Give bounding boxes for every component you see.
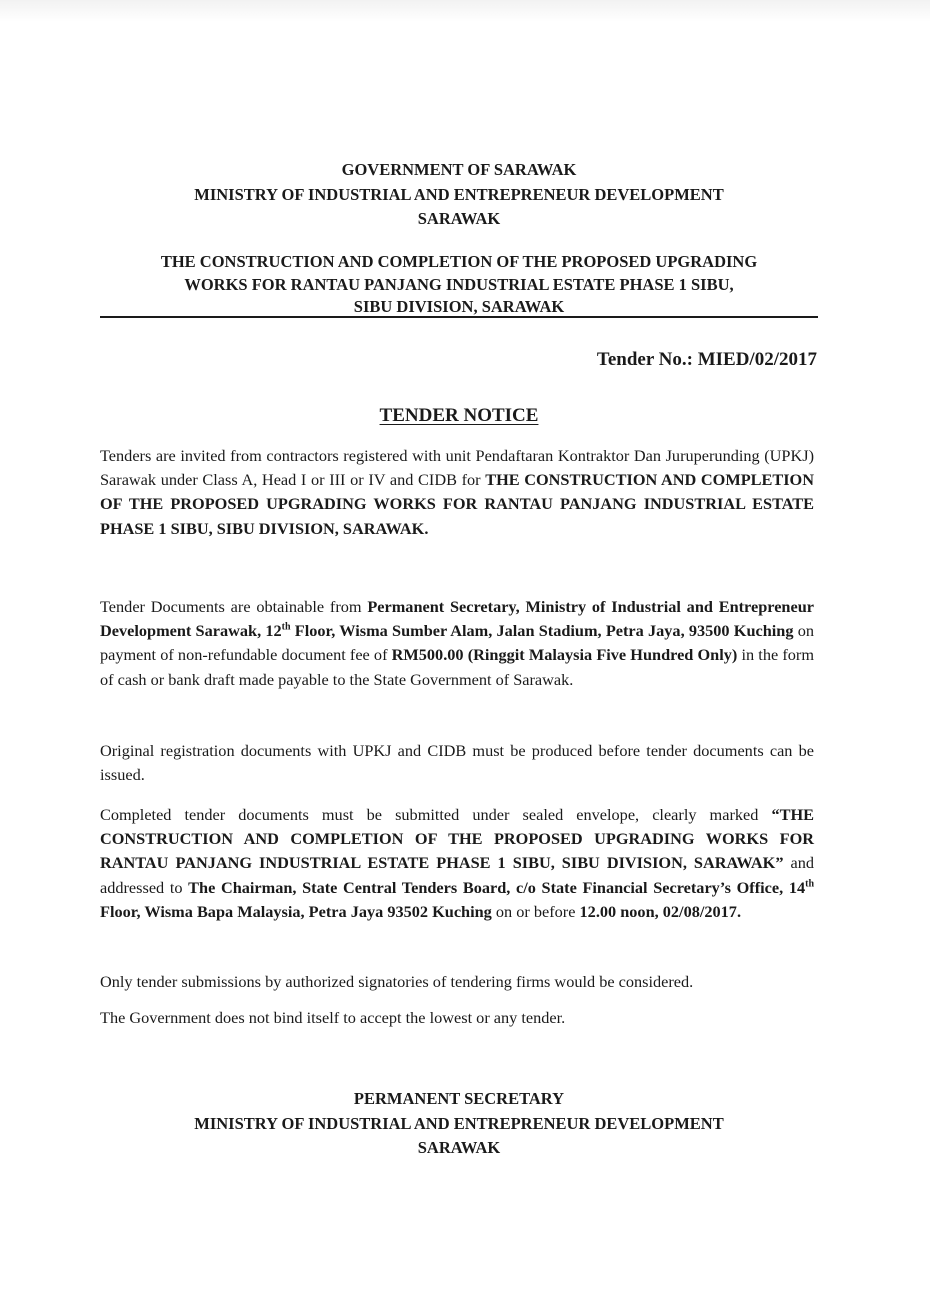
paragraph-submission: Completed tender documents must be submi… <box>100 803 814 924</box>
paragraph-text: Tender Documents are obtainable from <box>100 597 367 616</box>
paragraph-disclaimer: The Government does not bind itself to a… <box>100 1006 814 1030</box>
paragraph-signatories: Only tender submissions by authorized si… <box>100 970 814 994</box>
tender-number: Tender No.: MIED/02/2017 <box>597 349 817 371</box>
notice-heading: TENDER NOTICE <box>0 405 918 427</box>
superscript: th <box>282 622 291 633</box>
paragraph-bold: Floor, Wisma Bapa Malaysia, Petra Jaya 9… <box>100 902 492 921</box>
document-header: GOVERNMENT OF SARAWAK MINISTRY OF INDUST… <box>100 158 818 232</box>
paragraph-bold: The Chairman, State Central Tenders Boar… <box>188 878 805 897</box>
submission-deadline: 12.00 noon, 02/08/2017. <box>580 902 741 921</box>
project-title: THE CONSTRUCTION AND COMPLETION OF THE P… <box>100 251 818 319</box>
paragraph-text: on or before <box>492 902 580 921</box>
footer-ministry: MINISTRY OF INDUSTRIAL AND ENTREPRENEUR … <box>100 1112 818 1137</box>
project-title-line: THE CONSTRUCTION AND COMPLETION OF THE P… <box>100 251 818 274</box>
footer-title: PERMANENT SECRETARY <box>100 1087 818 1112</box>
header-government: GOVERNMENT OF SARAWAK <box>100 158 818 183</box>
paragraph-text: Completed tender documents must be submi… <box>100 805 771 824</box>
paragraph-registration: Original registration documents with UPK… <box>100 739 814 787</box>
document-fee: RM500.00 (Ringgit Malaysia Five Hundred … <box>392 645 738 664</box>
paragraph-documents: Tender Documents are obtainable from Per… <box>100 595 814 692</box>
project-title-line: WORKS FOR RANTAU PANJANG INDUSTRIAL ESTA… <box>100 274 818 297</box>
footer-state: SARAWAK <box>100 1136 818 1161</box>
header-divider <box>100 316 818 318</box>
superscript: th <box>805 878 814 889</box>
paragraph-bold: Floor, Wisma Sumber Alam, Jalan Stadium,… <box>291 621 794 640</box>
header-ministry: MINISTRY OF INDUSTRIAL AND ENTREPRENEUR … <box>100 183 818 208</box>
header-state: SARAWAK <box>100 207 818 232</box>
scan-shadow <box>0 0 930 22</box>
document-footer: PERMANENT SECRETARY MINISTRY OF INDUSTRI… <box>100 1087 818 1161</box>
paragraph-invitation: Tenders are invited from contractors reg… <box>100 444 814 541</box>
